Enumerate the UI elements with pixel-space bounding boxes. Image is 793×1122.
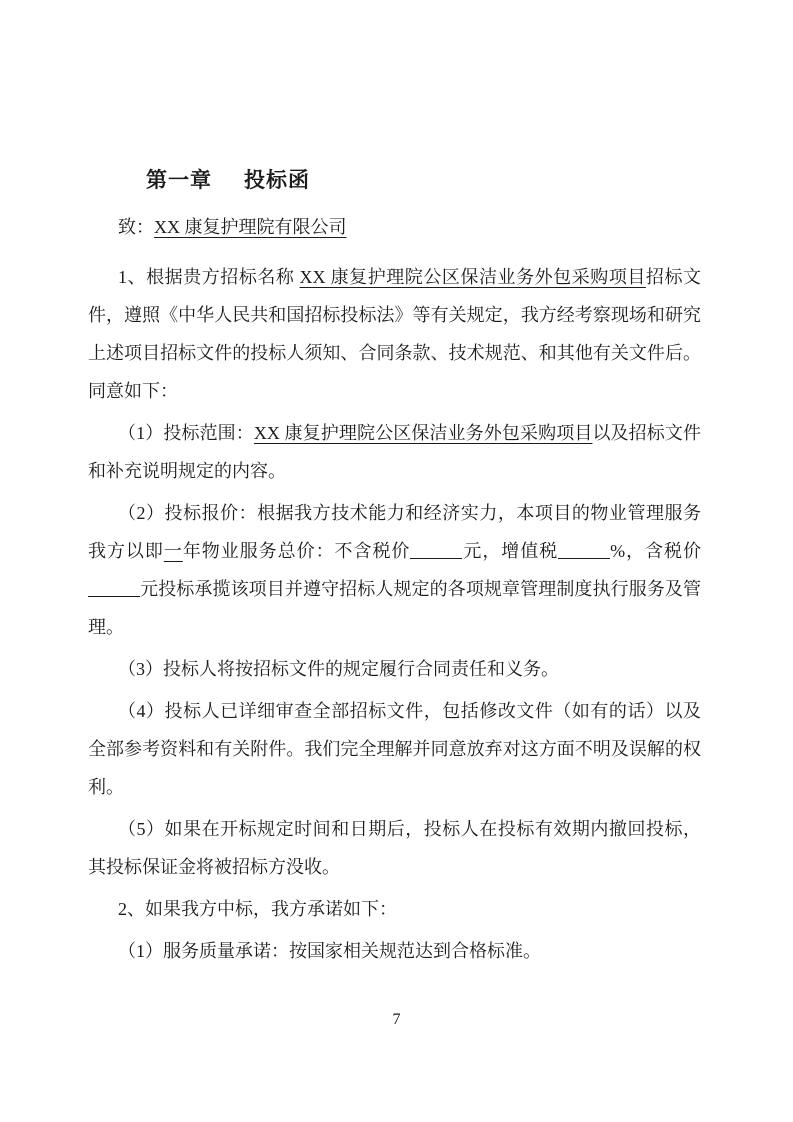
para-award-promise: 2、如果我方中标，我方承诺如下： (88, 890, 701, 928)
recipient-company: XX 康复护理院有限公司 (154, 217, 347, 237)
chapter-heading: 第一章投标函 (146, 165, 701, 195)
para-intro: 1、根据贵方招标名称 XX 康复护理院公区保洁业务外包采购项目招标文件，遵照《中… (88, 258, 701, 410)
para-bid-scope: （1）投标范围：XX 康复护理院公区保洁业务外包采购项目以及招标文件和补充说明规… (88, 414, 701, 490)
blank-vat-rate (558, 542, 610, 559)
price-text: 年物业服务总价：不含税价 (183, 541, 411, 561)
price-text: 元投标承揽该项目并遵守招标人规定的各项规章管理制度执行服务及管理。 (88, 579, 701, 637)
term-one-year-underlined: 一 (164, 541, 183, 561)
page-number: 7 (0, 1008, 793, 1032)
para-withdrawal-forfeit: （5）如果在开标规定时间和日期后，投标人在投标有效期内撤回投标，其投标保证金将被… (88, 810, 701, 886)
document-page: 第一章投标函 致：XX 康复护理院有限公司 1、根据贵方招标名称 XX 康复护理… (0, 0, 793, 1122)
project-name-underlined: XX 康复护理院公区保洁业务外包采购项目 (300, 267, 646, 287)
para-service-quality: （1）服务质量承诺：按国家相关规范达到合格标准。 (88, 932, 701, 970)
blank-price-excl-tax (410, 542, 462, 559)
blank-price-incl-tax (88, 580, 140, 597)
salutation-prefix: 致： (118, 217, 154, 237)
price-text: 元，增值税 (462, 541, 558, 561)
price-text: %，含税价 (610, 541, 701, 561)
intro-lead: 1、根据贵方招标名称 (118, 267, 300, 287)
salutation: 致：XX 康复护理院有限公司 (88, 208, 701, 246)
para-bid-price: （2）投标报价：根据我方技术能力和经济实力，本项目的物业管理服务我方以即一年物业… (88, 494, 701, 646)
para-contract-obligation: （3）投标人将按招标文件的规定履行合同责任和义务。 (88, 650, 701, 688)
chapter-title: 投标函 (244, 168, 310, 192)
chapter-number: 第一章 (146, 168, 212, 192)
intro-rest: 招标文件，遵照《中华人民共和国招标投标法》等有关规定，我方经考察现场和研究上述项… (88, 267, 701, 401)
scope-lead: （1）投标范围： (118, 423, 254, 443)
project-name-underlined: XX 康复护理院公区保洁业务外包采购项目 (254, 423, 593, 443)
para-reviewed-documents: （4）投标人已详细审查全部招标文件，包括修改文件（如有的话）以及全部参考资料和有… (88, 692, 701, 806)
